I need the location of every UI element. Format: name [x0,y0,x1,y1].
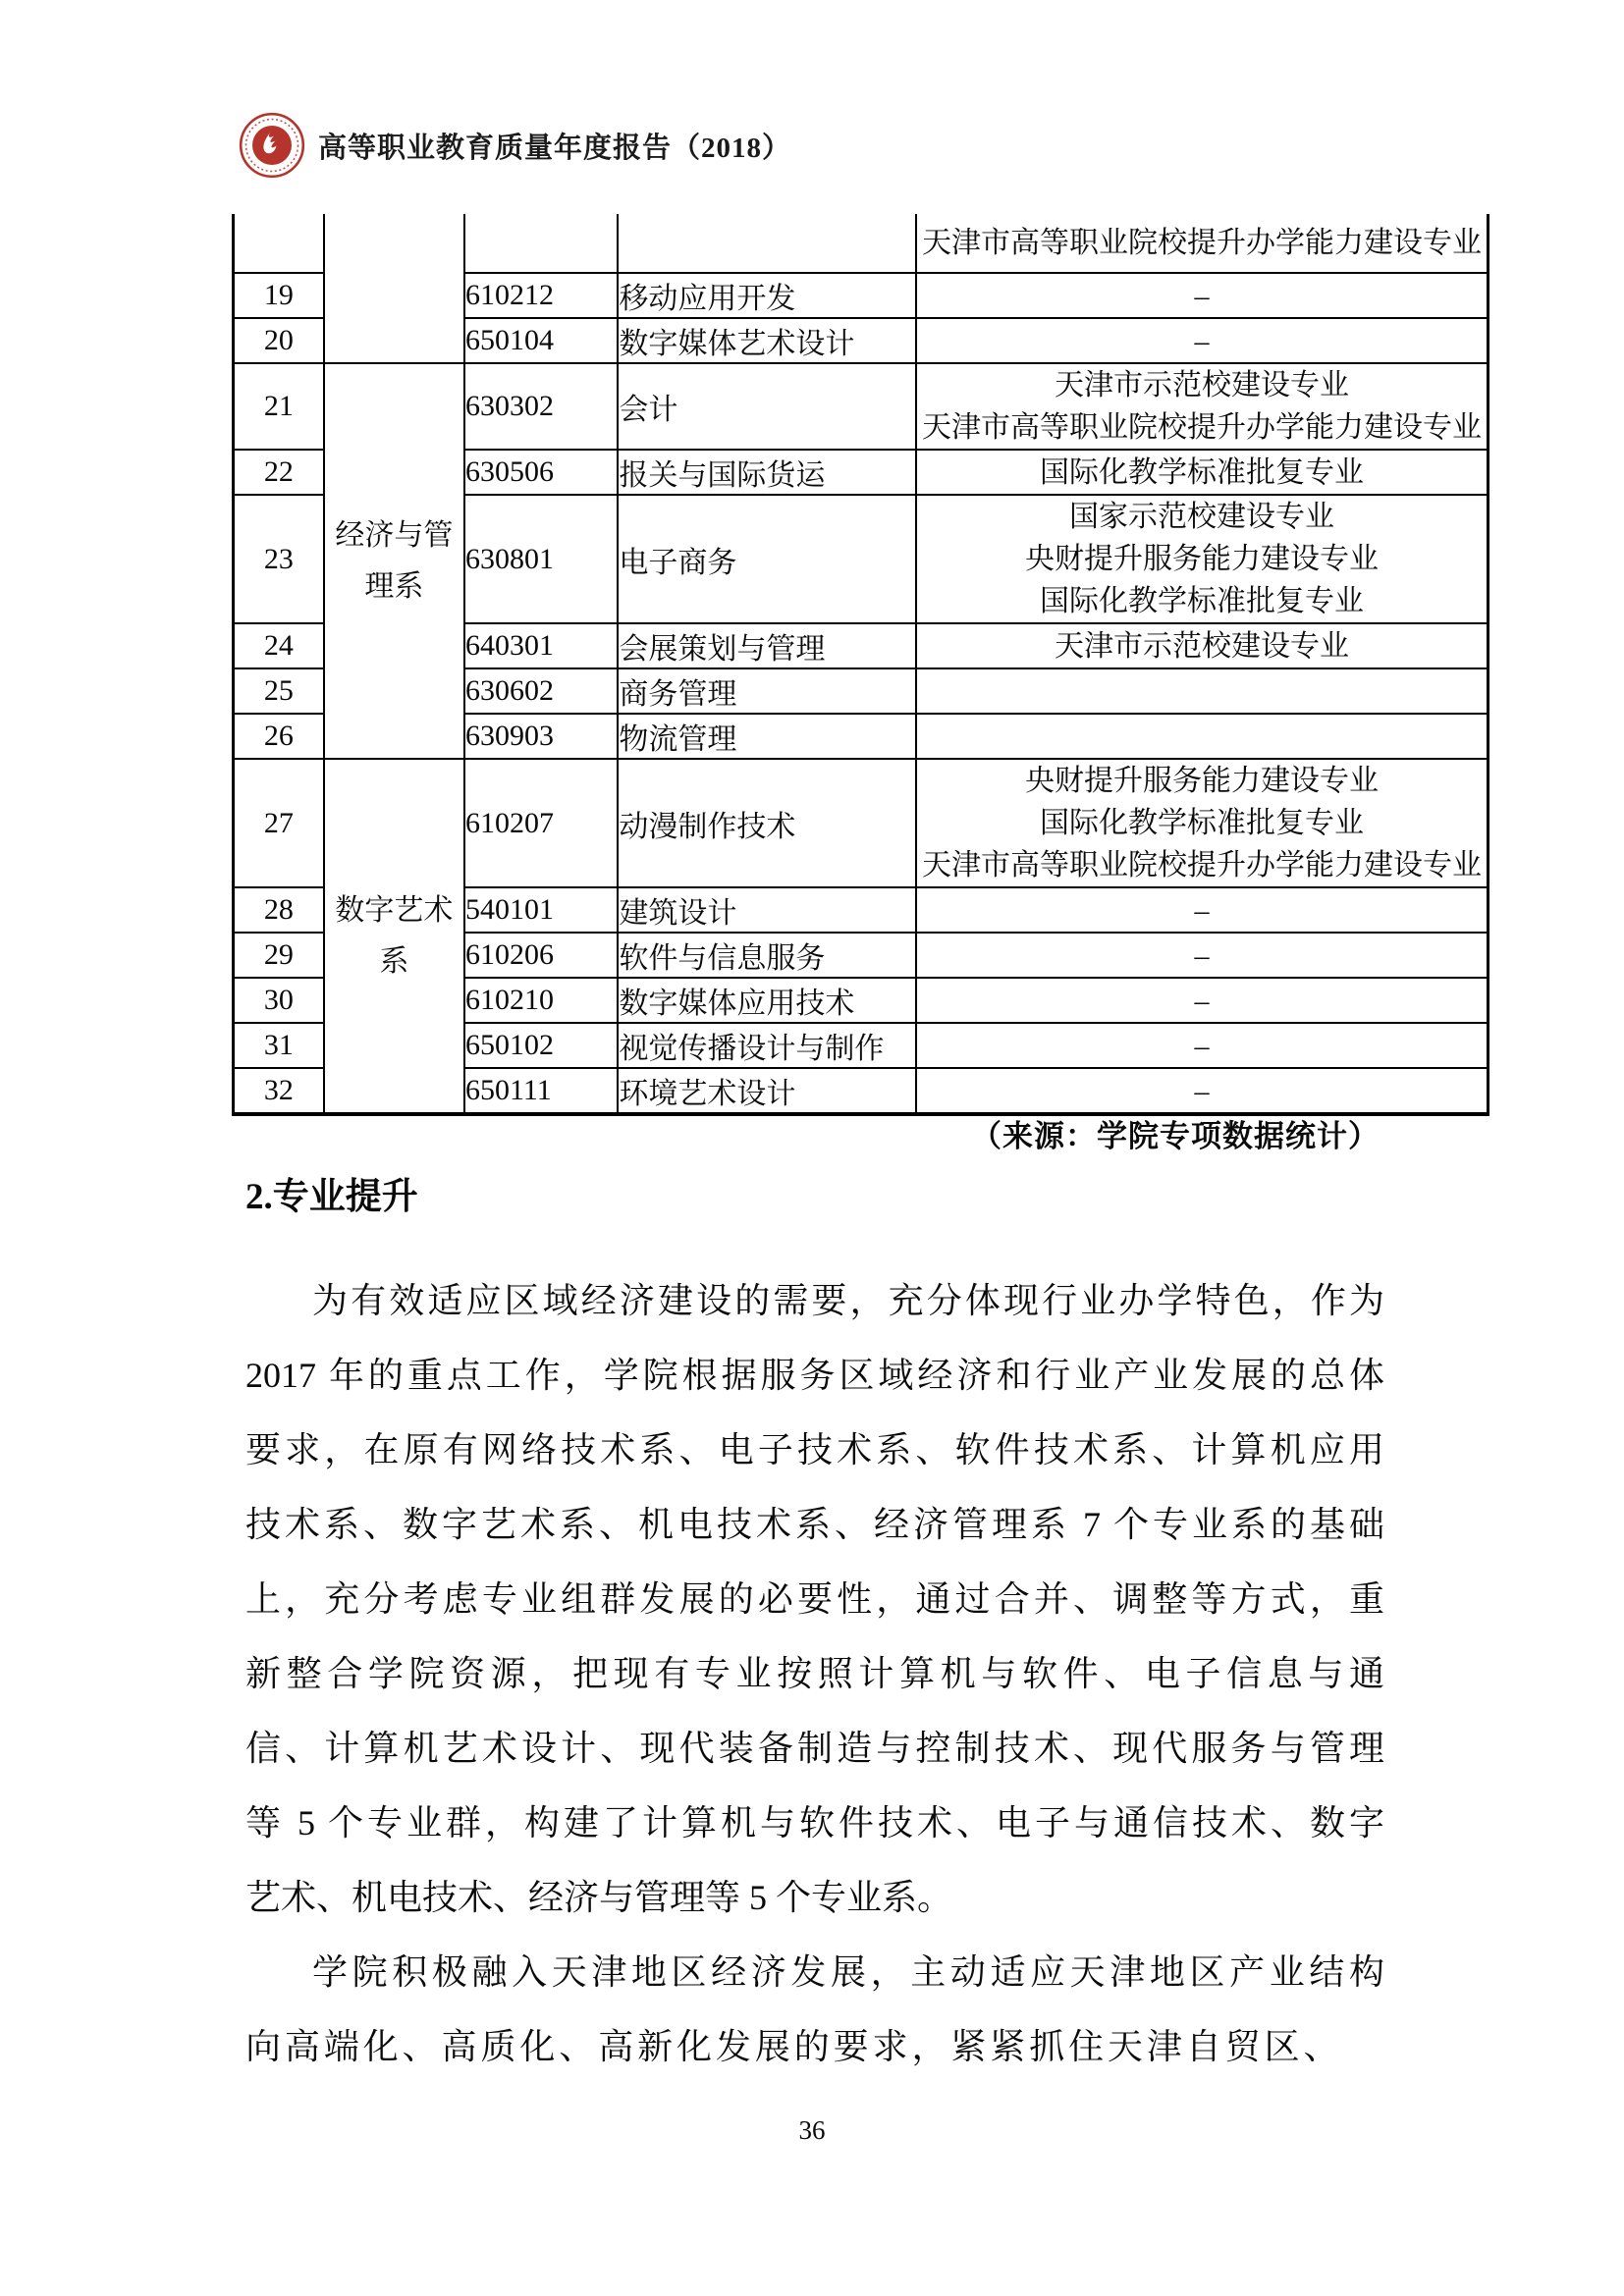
cell-code: 610212 [464,273,618,318]
cell-designation: – [916,933,1488,978]
cell-designation: – [916,1023,1488,1068]
table-row: 21经济与管理系630302会计天津市示范校建设专业 天津市高等职业院校提升办学… [234,363,1489,450]
majors-table: 天津市高等职业院校提升办学能力建设专业19610212移动应用开发–206501… [232,214,1489,1116]
cell-code: 650102 [464,1023,618,1068]
body-line: 技术系、数字艺术系、机电技术系、经济管理系 7 个专业系的基础 [245,1487,1384,1562]
cell-designation: 天津市高等职业院校提升办学能力建设专业 [916,214,1488,273]
body-line: 等 5 个专业群，构建了计算机与软件技术、电子与通信技术、数字 [245,1786,1384,1860]
cell-major-name: 建筑设计 [618,887,916,933]
cell-major-name: 物流管理 [618,714,916,759]
cell-designation: 国际化教学标准批复专业 [916,450,1488,495]
cell-designation: – [916,318,1488,363]
cell-code: 630302 [464,363,618,450]
programs-table-body: 天津市高等职业院校提升办学能力建设专业19610212移动应用开发–206501… [234,214,1489,1114]
cell-designation: – [916,1068,1488,1114]
cell-code: 630506 [464,450,618,495]
cell-code: 650111 [464,1068,618,1114]
cell-number: 21 [234,363,324,450]
cell-department: 经济与管理系 [324,363,464,759]
cell-designation: – [916,887,1488,933]
document-page: 高等职业教育质量年度报告（2018） 天津市高等职业院校提升办学能力建设专业19… [0,0,1624,2296]
cell-major-name: 软件与信息服务 [618,933,916,978]
cell-number: 19 [234,273,324,318]
cell-designation: – [916,978,1488,1023]
cell-number: 31 [234,1023,324,1068]
cell-designation: 天津市示范校建设专业 [916,623,1488,668]
cell-code: 630602 [464,668,618,714]
body-line: 新整合学院资源，把现有专业按照计算机与软件、电子信息与通 [245,1636,1384,1711]
cell-major-name: 商务管理 [618,668,916,714]
cell-major-name: 视觉传播设计与制作 [618,1023,916,1068]
majors-table-grid: 天津市高等职业院校提升办学能力建设专业19610212移动应用开发–206501… [232,214,1489,1116]
body-line: 为有效适应区域经济建设的需要，充分体现行业办学特色，作为 [245,1263,1384,1338]
cell-number: 26 [234,714,324,759]
cell-number [234,214,324,273]
cell-code: 650104 [464,318,618,363]
body-text: 为有效适应区域经济建设的需要，充分体现行业办学特色，作为2017 年的重点工作，… [245,1263,1384,2084]
cell-code [464,214,618,273]
cell-major-name: 数字媒体艺术设计 [618,318,916,363]
cell-number: 27 [234,759,324,887]
cell-designation [916,668,1488,714]
table-source-note: （来源：学院专项数据统计） [234,1115,1380,1158]
cell-number: 24 [234,623,324,668]
cell-number: 25 [234,668,324,714]
body-line: 2017 年的重点工作，学院根据服务区域经济和行业产业发展的总体 [245,1338,1384,1413]
cell-code: 610210 [464,978,618,1023]
report-title: 高等职业教育质量年度报告（2018） [318,126,791,166]
cell-number: 28 [234,887,324,933]
cell-major-name: 环境艺术设计 [618,1068,916,1114]
table-row: 27数字艺术系610207动漫制作技术央财提升服务能力建设专业 国际化教学标准批… [234,759,1489,887]
cell-major-name: 数字媒体应用技术 [618,978,916,1023]
cell-number: 32 [234,1068,324,1114]
cell-code: 630903 [464,714,618,759]
cell-designation: – [916,273,1488,318]
cell-number: 22 [234,450,324,495]
cell-major-name [618,214,916,273]
cell-major-name: 动漫制作技术 [618,759,916,887]
cell-designation: 天津市示范校建设专业 天津市高等职业院校提升办学能力建设专业 [916,363,1488,450]
page-number: 36 [0,2110,1624,2150]
body-line: 艺术、机电技术、经济与管理等 5 个专业系。 [245,1860,1384,1935]
cell-designation [916,714,1488,759]
cell-major-name: 会展策划与管理 [618,623,916,668]
cell-major-name: 电子商务 [618,495,916,623]
cell-department: 数字艺术系 [324,759,464,1114]
table-row: 天津市高等职业院校提升办学能力建设专业 [234,214,1489,273]
cell-designation: 央财提升服务能力建设专业 国际化教学标准批复专业 天津市高等职业院校提升办学能力… [916,759,1488,887]
body-line: 向高端化、高质化、高新化发展的要求，紧紧抓住天津自贸区、 [245,2009,1339,2084]
cell-major-name: 会计 [618,363,916,450]
cell-number: 20 [234,318,324,363]
college-seal-logo [239,112,305,179]
page-header: 高等职业教育质量年度报告（2018） [239,112,791,179]
cell-number: 30 [234,978,324,1023]
cell-code: 610206 [464,933,618,978]
body-line: 学院积极融入天津地区经济发展，主动适应天津地区产业结构 [245,1935,1384,2009]
section-heading: 2.专业提升 [245,1174,418,1221]
cell-code: 630801 [464,495,618,623]
cell-major-name: 报关与国际货运 [618,450,916,495]
cell-department [324,214,464,363]
body-line: 上，充分考虑专业组群发展的必要性，通过合并、调整等方式，重 [245,1562,1384,1636]
body-line: 要求，在原有网络技术系、电子技术系、软件技术系、计算机应用 [245,1413,1384,1487]
cell-designation: 国家示范校建设专业 央财提升服务能力建设专业 国际化教学标准批复专业 [916,495,1488,623]
cell-code: 610207 [464,759,618,887]
cell-number: 23 [234,495,324,623]
cell-number: 29 [234,933,324,978]
cell-major-name: 移动应用开发 [618,273,916,318]
cell-code: 540101 [464,887,618,933]
cell-code: 640301 [464,623,618,668]
body-line: 信、计算机艺术设计、现代装备制造与控制技术、现代服务与管理 [245,1711,1384,1786]
